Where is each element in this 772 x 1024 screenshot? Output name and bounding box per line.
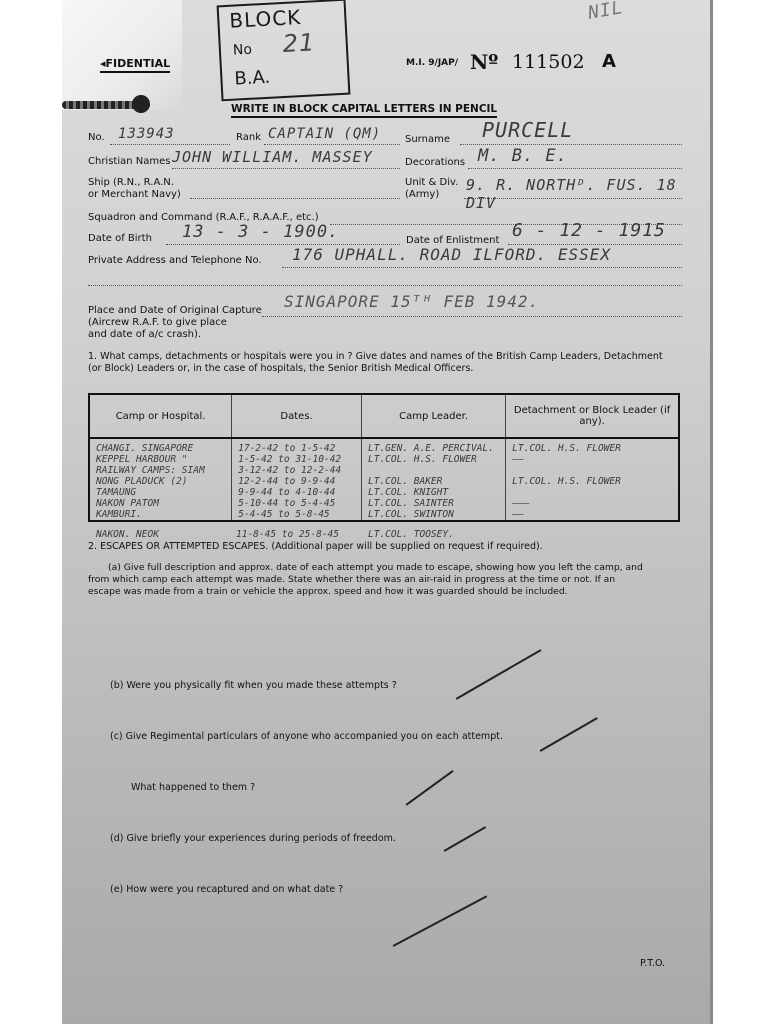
decorations-value: M. B. E. [478, 146, 568, 166]
rank-label: Rank [236, 132, 261, 143]
question-1-line2: (or Block) Leaders or, in the case of ho… [88, 363, 688, 375]
serial-number: 111502 [512, 51, 585, 73]
surname-field[interactable]: PURCELL [460, 130, 682, 145]
cell-detachment [506, 487, 679, 498]
cell-detachment: —— [506, 509, 679, 521]
address-field-line2[interactable] [88, 275, 682, 286]
surname-value: PURCELL [482, 118, 573, 142]
dob-value: 13 - 3 - 1900. [182, 222, 339, 242]
cell-leader: LT.COL. KNIGHT [362, 487, 506, 498]
serial-prefix: Nº [470, 50, 498, 74]
header-dates: Dates. [232, 394, 362, 438]
dob-field[interactable]: 13 - 3 - 1900. [166, 230, 400, 245]
stamp-line-no: No [233, 42, 253, 59]
cell-dates: 12-2-44 to 9-9-44 [232, 476, 362, 487]
question-2a: (a) Give full description and approx. da… [88, 562, 688, 598]
question-2c-followup: What happened to them ? [131, 782, 255, 793]
pencil-instruction: WRITE IN BLOCK CAPITAL LETTERS IN PENCIL [231, 103, 497, 118]
table-row: TAMAUNG 9-9-44 to 4-10-44 LT.COL. KNIGHT [89, 487, 679, 498]
cell-dates: 5-10-44 to 5-4-45 [232, 498, 362, 509]
address-field[interactable]: 176 UPHALL. ROAD ILFORD. ESSEX [282, 253, 682, 268]
question-2d: (d) Give briefly your experiences during… [110, 833, 396, 844]
cell-leader: LT.GEN. A.E. PERCIVAL. [362, 438, 506, 454]
cell-camp: NONG PLADUCK (2) [89, 476, 232, 487]
unit-value: 9. R. NORTHᴰ. FUS. 18 DIV [466, 176, 682, 212]
question-2a-line2: from which camp each attempt was made. S… [88, 574, 688, 586]
capture-label: Place and Date of Original Capture (Airc… [88, 305, 262, 341]
cell-detachment: LT.COL. H.S. FLOWER [506, 476, 679, 487]
cell-dates: 17-2-42 to 1-5-42 [232, 438, 362, 454]
rank-field[interactable]: CAPTAIN (QM) [264, 130, 400, 145]
cell-detachment: LT.COL. H.S. FLOWER [506, 438, 679, 454]
question-1-line1: 1. What camps, detachments or hospitals … [88, 351, 688, 363]
christian-names-label: Christian Names [88, 156, 170, 167]
unit-label: Unit & Div. (Army) [405, 177, 458, 201]
rank-value: CAPTAIN (QM) [268, 126, 381, 142]
question-2b: (b) Were you physically fit when you mad… [110, 680, 397, 691]
capture-value: SINGAPORE 15ᵀᴴ FEB 1942. [284, 292, 539, 311]
no-field[interactable]: 133943 [110, 130, 230, 145]
header-camp-leader: Camp Leader. [362, 394, 506, 438]
capture-label-line2: (Aircrew R.A.F. to give place [88, 317, 262, 329]
cell-dates: 1-5-42 to 31-10-42 [232, 454, 362, 465]
enlistment-value: 6 - 12 - 1915 [512, 220, 666, 241]
decorations-field[interactable]: M. B. E. [468, 154, 682, 169]
cell-camp: TAMAUNG [89, 487, 232, 498]
decorations-label: Decorations [405, 157, 465, 168]
table-row: NAKON PATOM 5-10-44 to 5-4-45 LT.COL. SA… [89, 498, 679, 509]
address-value: 176 UPHALL. ROAD ILFORD. ESSEX [292, 245, 611, 264]
block-stamp: BLOCK No 21 B.A. [217, 0, 351, 101]
ship-label: Ship (R.N., R.A.N. or Merchant Navy) [88, 177, 181, 201]
header-detachment-leader: Detachment or Block Leader (if any). [506, 394, 679, 438]
table-header-row: Camp or Hospital. Dates. Camp Leader. De… [89, 394, 679, 438]
cell-leader: LT.COL. SAINTER [362, 498, 506, 509]
surname-label: Surname [405, 134, 450, 145]
serial-suffix: A [602, 51, 616, 72]
cell-camp: KAMBURI. [89, 509, 232, 521]
ship-label-line2: or Merchant Navy) [88, 189, 181, 201]
capture-label-line1: Place and Date of Original Capture [88, 305, 262, 317]
cell-detachment [506, 465, 679, 476]
form-reference: M.I. 9/JAP/ [406, 58, 458, 68]
cell-camp: NAKON PATOM [89, 498, 232, 509]
cell-dates: 3-12-42 to 12-2-44 [232, 465, 362, 476]
no-value: 133943 [118, 126, 175, 142]
classification-label: ◂FIDENTIAL [100, 57, 170, 73]
question-2a-line1: (a) Give full description and approx. da… [88, 562, 688, 574]
capture-label-line3: and date of a/c crash). [88, 329, 262, 341]
table-row: NONG PLADUCK (2) 12-2-44 to 9-9-44 LT.CO… [89, 476, 679, 487]
question-2a-line3: escape was made from a train or vehicle … [88, 586, 688, 598]
cell-detachment: ——— [506, 498, 679, 509]
enlistment-field[interactable]: 6 - 12 - 1915 [508, 230, 682, 245]
address-label: Private Address and Telephone No. [88, 255, 262, 266]
stamp-block-number: 21 [282, 28, 316, 58]
cell-leader [362, 465, 506, 476]
ship-field[interactable] [190, 186, 400, 199]
please-turn-over: P.T.O. [640, 958, 665, 969]
question-1: 1. What camps, detachments or hospitals … [88, 351, 688, 375]
cell-leader: LT.COL. H.S. FLOWER [362, 454, 506, 465]
christian-names-value: JOHN WILLIAM. MASSEY [172, 148, 373, 166]
cell-dates: 9-9-44 to 4-10-44 [232, 487, 362, 498]
capture-field[interactable]: SINGAPORE 15ᵀᴴ FEB 1942. [262, 302, 682, 317]
question-2-heading: 2. ESCAPES OR ATTEMPTED ESCAPES. (Additi… [88, 541, 543, 552]
cell-leader: LT.COL. SWINTON [362, 509, 506, 521]
cell-camp: KEPPEL HARBOUR " [89, 454, 232, 465]
unit-label-line1: Unit & Div. [405, 177, 458, 189]
cell-camp: RAILWAY CAMPS: SIAM [89, 465, 232, 476]
table-row: KEPPEL HARBOUR " 1-5-42 to 31-10-42 LT.C… [89, 454, 679, 465]
header-camp: Camp or Hospital. [89, 394, 232, 438]
table-overflow-row: NAKON. NEOK 11-8-45 to 25-8-45 LT.COL. T… [96, 529, 676, 540]
overflow-dates: 11-8-45 to 25-8-45 [236, 529, 339, 540]
cell-camp: CHANGI. SINGAPORE [89, 438, 232, 454]
tag-knot [132, 95, 150, 113]
question-2e: (e) How were you recaptured and on what … [110, 884, 343, 895]
dob-label: Date of Birth [88, 233, 152, 244]
overflow-camp: NAKON. NEOK [96, 529, 159, 540]
no-label: No. [88, 132, 105, 143]
cell-leader: LT.COL. BAKER [362, 476, 506, 487]
ship-label-line1: Ship (R.N., R.A.N. [88, 177, 181, 189]
question-2c: (c) Give Regimental particulars of anyon… [110, 731, 503, 742]
cell-detachment: —— [506, 454, 679, 465]
overflow-leader: LT.COL. TOOSEY. [368, 529, 454, 540]
unit-label-line2: (Army) [405, 189, 458, 201]
table-row: RAILWAY CAMPS: SIAM 3-12-42 to 12-2-44 [89, 465, 679, 476]
unit-field[interactable]: 9. R. NORTHᴰ. FUS. 18 DIV [464, 186, 682, 199]
stamp-line-ba: B.A. [234, 67, 271, 90]
christian-names-field[interactable]: JOHN WILLIAM. MASSEY [172, 154, 400, 169]
table-row: KAMBURI. 5-4-45 to 5-8-45 LT.COL. SWINTO… [89, 509, 679, 521]
table-row: CHANGI. SINGAPORE 17-2-42 to 1-5-42 LT.G… [89, 438, 679, 454]
camps-table: Camp or Hospital. Dates. Camp Leader. De… [88, 393, 680, 522]
cell-dates: 5-4-45 to 5-8-45 [232, 509, 362, 521]
